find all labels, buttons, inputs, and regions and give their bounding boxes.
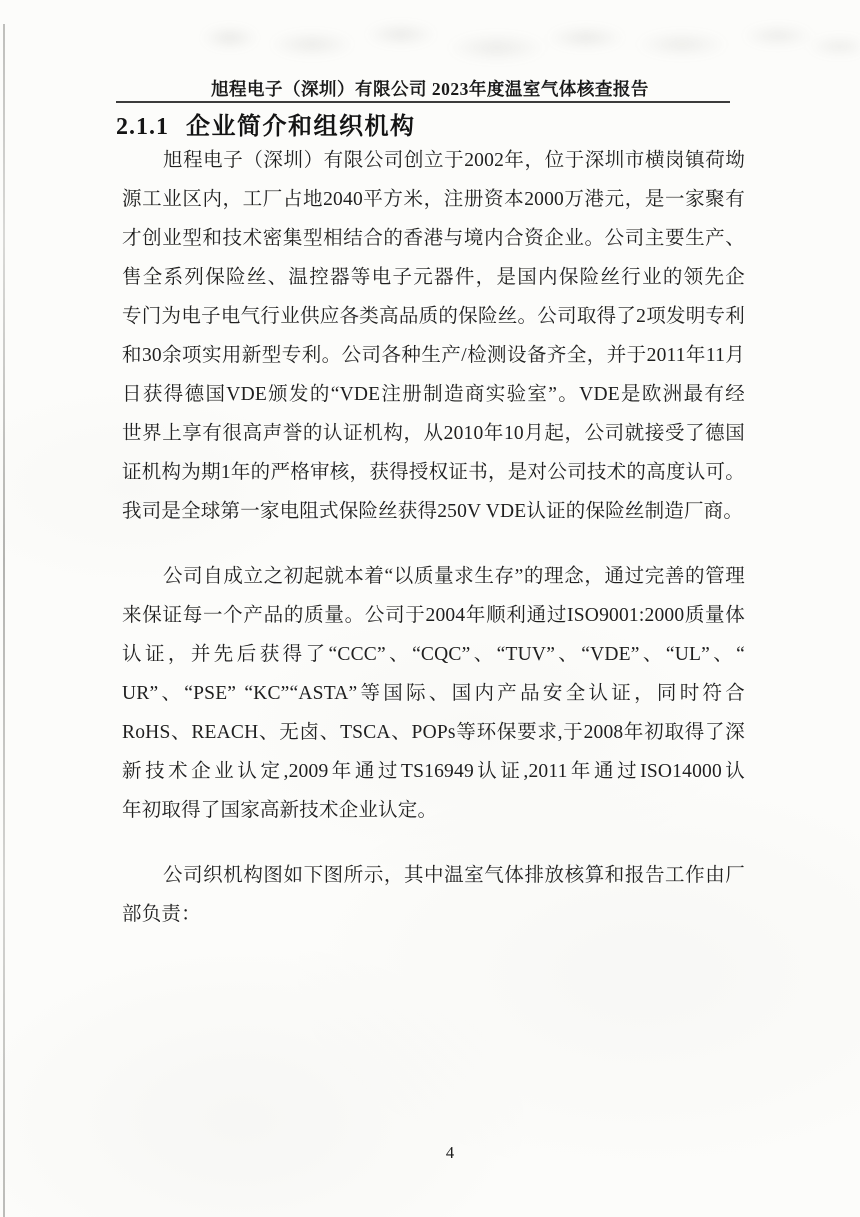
- text-line: 新技术企业认定,2009年通过TS16949认证,2011年通过ISO14000…: [122, 752, 745, 791]
- text-line: 证机构为期1年的严格审核，获得授权证书，是对公司技术的高度认可。: [122, 453, 745, 492]
- text-line: 售全系列保险丝、温控器等电子元器件，是国内保险丝行业的领先企业，: [122, 258, 745, 297]
- text-line: 认证，并先后获得了“CCC”、“CQC”、“TUV”、“VDE”、“UL”、“: [122, 635, 745, 674]
- text-line: 和30余项实用新型专利。公司各种生产/检测设备齐全，并于2011年11月16: [122, 336, 745, 375]
- text-line: 才创业型和技术密集型相结合的香港与境内合资企业。公司主要生产、销: [122, 219, 745, 258]
- section-title: 企业简介和组织机构: [186, 114, 416, 140]
- paragraph: 公司自成立之初起就本着“以质量求生存”的理念，通过完善的管理来保证每一个产品的质…: [122, 557, 745, 830]
- text-line: 部负责：: [122, 895, 745, 934]
- text-line: 旭程电子（深圳）有限公司创立于2002年，位于深圳市横岗镇荷坳金: [122, 141, 745, 180]
- body-text: 旭程电子（深圳）有限公司创立于2002年，位于深圳市横岗镇荷坳金源工业区内，工厂…: [122, 141, 745, 934]
- text-line: 专门为电子电气行业供应各类高品质的保险丝。公司取得了2项发明专利: [122, 297, 745, 336]
- scan-edge-line: [3, 24, 5, 1217]
- text-line: 公司织机构图如下图所示，其中温室气体排放核算和报告工作由厂务: [122, 856, 745, 895]
- section-heading: 2.1.1企业简介和组织机构: [116, 106, 746, 141]
- page-header-title: 旭程电子（深圳）有限公司 2023年度温室气体核查报告: [122, 76, 738, 101]
- page-number: 4: [130, 1143, 770, 1163]
- section-number: 2.1.1: [116, 114, 169, 140]
- text-line: 年初取得了国家高新技术企业认定。: [122, 791, 745, 830]
- text-line: RoHS、REACH、无卤、TSCA、POPs等环保要求,于2008年初取得了深…: [122, 713, 745, 752]
- text-line: 来保证每一个产品的质量。公司于2004年顺利通过ISO9001:2000质量体系: [122, 596, 745, 635]
- text-line: 世界上享有很高声誉的认证机构，从2010年10月起，公司就接受了德国认: [122, 414, 745, 453]
- scanned-report-page: 旭程电子（深圳）有限公司 2023年度温室气体核查报告 2.1.1企业简介和组织…: [0, 0, 860, 1217]
- paragraph: 公司织机构图如下图所示，其中温室气体排放核算和报告工作由厂务部负责：: [122, 856, 745, 934]
- text-line: 公司自成立之初起就本着“以质量求生存”的理念，通过完善的管理: [122, 557, 745, 596]
- text-line: 我司是全球第一家电阻式保险丝获得250V VDE认证的保险丝制造厂商。: [122, 492, 745, 531]
- scan-bleed-artifact: [175, 8, 860, 74]
- text-line: 源工业区内，工厂占地2040平方米，注册资本2000万港元，是一家聚有人: [122, 180, 745, 219]
- text-line: 日获得德国VDE颁发的“VDE注册制造商实验室”。VDE是欧洲最有经验、在: [122, 375, 745, 414]
- header-rule: [116, 101, 730, 103]
- text-line: UR”、“PSE” “KC”“ASTA”等国际、国内产品安全认证，同时符合: [122, 674, 745, 713]
- paragraph: 旭程电子（深圳）有限公司创立于2002年，位于深圳市横岗镇荷坳金源工业区内，工厂…: [122, 141, 745, 531]
